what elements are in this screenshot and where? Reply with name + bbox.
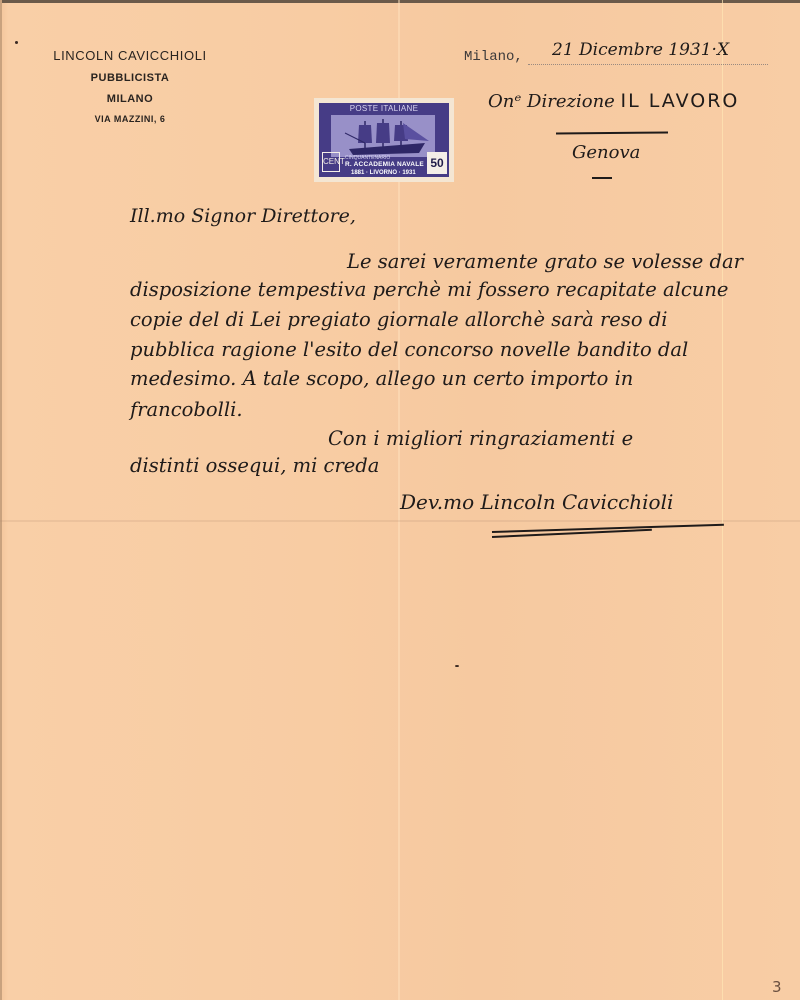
letterhead-city: MILANO	[40, 93, 220, 105]
ink-speck	[455, 665, 459, 667]
stamp-caption-3: 1881 · LIVORNO · 1931	[351, 170, 416, 176]
body-line: pubblica ragione l'esito del concorso no…	[130, 338, 688, 361]
closing-line: Con i migliori ringraziamenti e	[328, 427, 633, 450]
closing-line: distinti ossequi, mi creda	[130, 454, 379, 477]
letterhead-address: VIA MAZZINI, 6	[40, 114, 220, 124]
stamp-emblem: CENT	[322, 152, 340, 172]
sailing-ship-icon	[341, 113, 433, 161]
signature: Dev.mo Lincoln Cavicchioli	[400, 490, 673, 514]
stamp-header: POSTE ITALIANE	[319, 104, 449, 113]
postage-stamp: POSTE ITALIANE CINQUANTENARIO R. ACCADEM…	[314, 98, 454, 182]
recipient-city: Genova	[572, 142, 640, 163]
stamp-caption-2: R. ACCADEMIA NAVALE	[345, 161, 424, 168]
salutation: Ill.mo Signor Direttore,	[130, 205, 356, 227]
body-line: disposizione tempestiva perchè mi fosser…	[130, 278, 728, 301]
stamp-value: 50	[427, 152, 447, 174]
recipient-prefix: Onᵉ Direzione	[488, 91, 615, 112]
stamp-body: POSTE ITALIANE CINQUANTENARIO R. ACCADEM…	[319, 103, 449, 177]
body-line: copie del di Lei pregiato giornale allor…	[130, 308, 668, 331]
ink-speck	[15, 41, 18, 44]
body-line: Le sarei veramente grato se volesse dar	[347, 250, 743, 273]
city-underline	[592, 177, 612, 179]
recipient-line: Onᵉ Direzione IL LAVORO	[488, 90, 739, 112]
horizontal-fold-crease	[0, 520, 800, 522]
handwritten-date: 21 Dicembre 1931·X	[552, 40, 729, 60]
date-dotted-line	[528, 64, 768, 65]
recipient-newspaper: IL LAVORO	[621, 90, 740, 112]
letterhead: LINCOLN CAVICCHIOLI PUBBLICISTA MILANO V…	[40, 48, 220, 124]
body-line: medesimo. A tale scopo, allego un certo …	[130, 367, 633, 390]
letterhead-name: LINCOLN CAVICCHIOLI	[40, 48, 220, 63]
letterhead-role: PUBBLICISTA	[40, 72, 220, 84]
typed-place: Milano,	[464, 49, 523, 65]
body-line: francobolli.	[130, 398, 243, 421]
paper-top-edge	[0, 0, 800, 3]
paper-left-edge	[0, 0, 2, 1000]
page-number: 3	[772, 978, 782, 996]
right-crease	[722, 0, 723, 1000]
